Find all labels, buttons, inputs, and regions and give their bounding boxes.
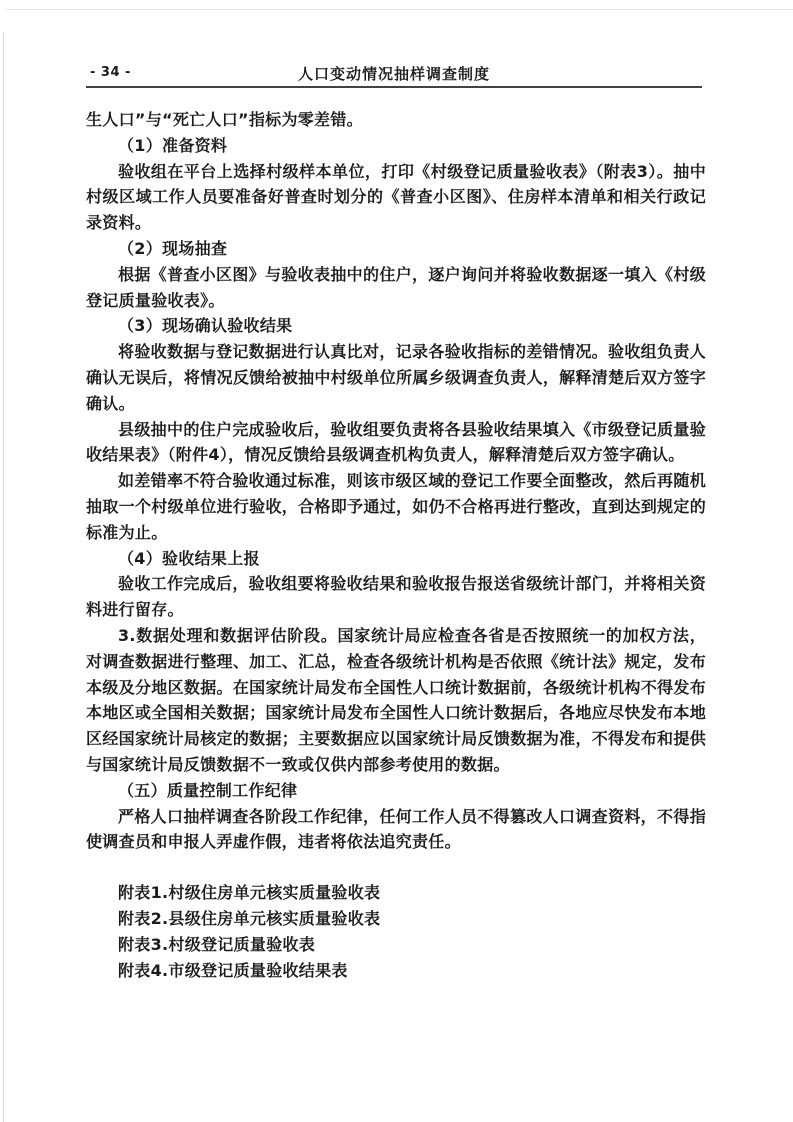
appendix-item: 附表3.村级登记质量验收表	[86, 932, 706, 958]
body-paragraph: （五）质量控制工作纪律	[86, 778, 706, 804]
document-page: - 34 - 人口变动情况抽样调查制度 生人口”与“死亡人口”指标为零差错。 （…	[0, 0, 793, 1122]
header-rule	[86, 86, 702, 88]
page-header: - 34 - 人口变动情况抽样调查制度	[86, 63, 702, 85]
body-paragraph: （2）现场抽查	[86, 236, 706, 262]
appendix-item: 附表1.村级住房单元核实质量验收表	[86, 880, 706, 906]
body-paragraph: （4）验收结果上报	[86, 546, 706, 572]
body-paragraph: 县级抽中的住户完成验收后，验收组要负责将各县验收结果填入《市级登记质量验收结果表…	[86, 417, 706, 469]
body-paragraph: （3）现场确认验收结果	[86, 313, 706, 339]
body-paragraph: 严格人口抽样调查各阶段工作纪律，任何工作人员不得篡改人口调查资料，不得指使调查员…	[86, 804, 706, 856]
body-paragraph: 如差错率不符合验收通过标准，则该市级区域的登记工作要全面整改，然后再随机抽取一个…	[86, 468, 706, 545]
appendix-list: 附表1.村级住房单元核实质量验收表 附表2.县级住房单元核实质量验收表 附表3.…	[86, 880, 706, 983]
body-paragraph: 验收组在平台上选择村级样本单位，打印《村级登记质量验收表》（附表3）。抽中村级区…	[86, 159, 706, 236]
header-title: 人口变动情况抽样调查制度	[86, 63, 702, 84]
body-paragraph: 3.数据处理和数据评估阶段。国家统计局应检查各省是否按照统一的加权方法，对调查数…	[86, 623, 706, 778]
body-paragraph: 生人口”与“死亡人口”指标为零差错。	[86, 107, 706, 133]
scan-edge-top	[6, 9, 793, 10]
body-paragraph: 将验收数据与登记数据进行认真比对，记录各验收指标的差错情况。验收组负责人确认无误…	[86, 339, 706, 416]
appendix-item: 附表2.县级住房单元核实质量验收表	[86, 906, 706, 932]
appendix-item: 附表4.市级登记质量验收结果表	[86, 958, 706, 984]
body-paragraph: 验收工作完成后，验收组要将验收结果和验收报告报送省级统计部门，并将相关资料进行留…	[86, 571, 706, 623]
scan-edge-left	[3, 32, 4, 1122]
document-body: 生人口”与“死亡人口”指标为零差错。 （1）准备资料 验收组在平台上选择村级样本…	[86, 107, 706, 983]
body-paragraph: （1）准备资料	[86, 133, 706, 159]
body-paragraph: 根据《普查小区图》与验收表抽中的住户，逐户询问并将验收数据逐一填入《村级登记质量…	[86, 262, 706, 314]
